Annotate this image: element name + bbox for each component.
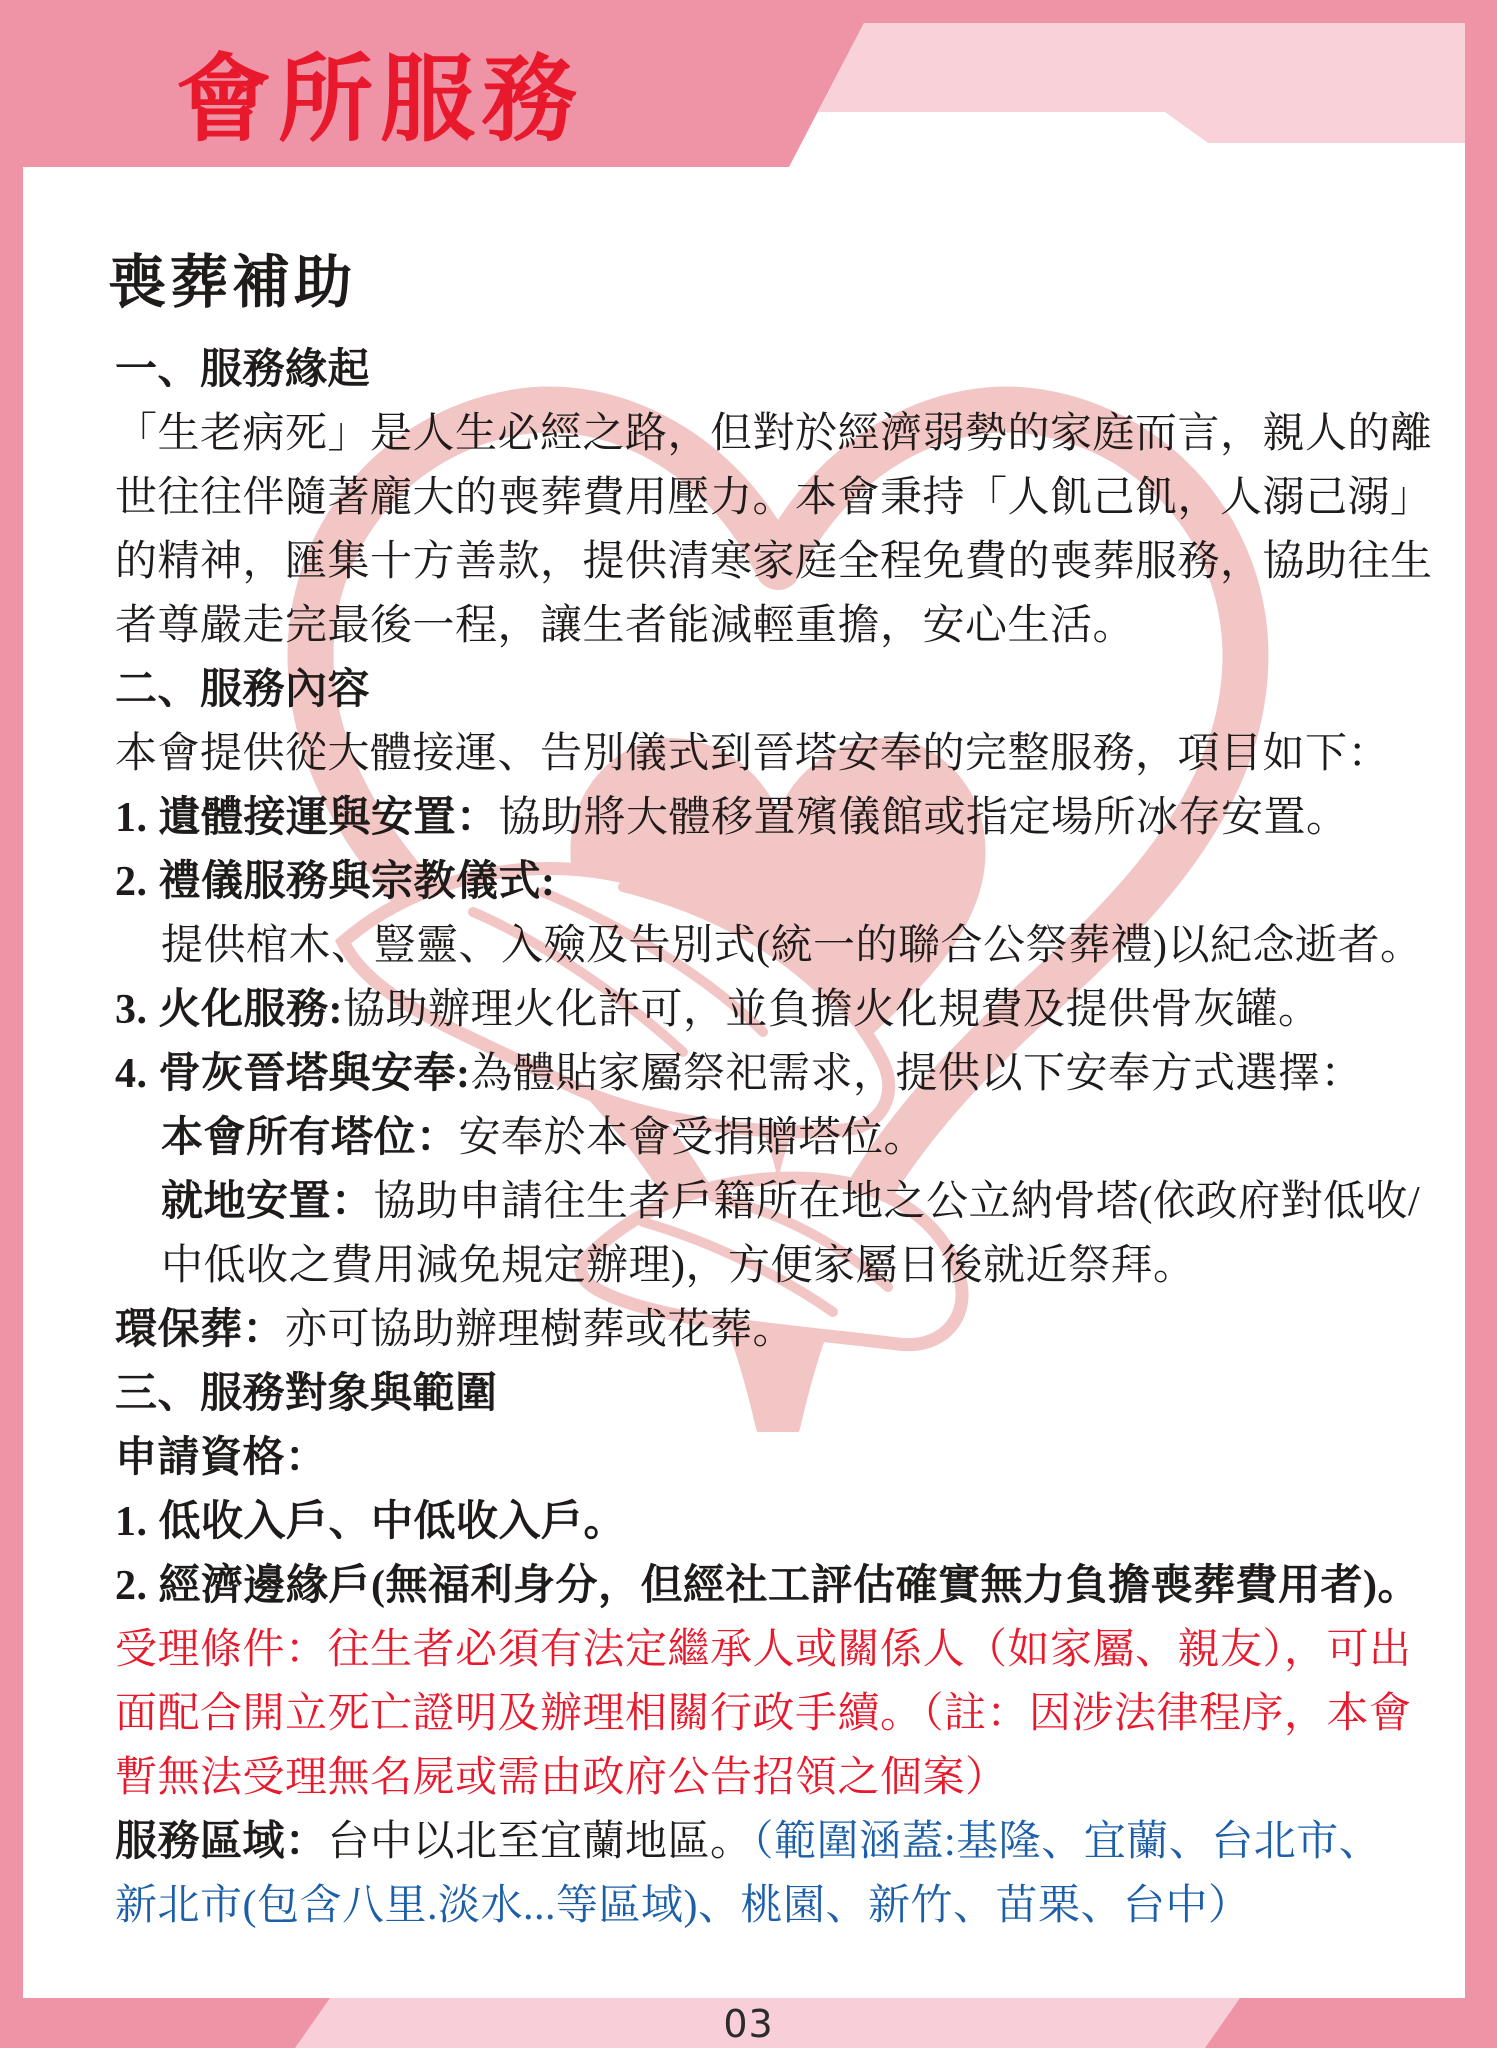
text-line: 2. 禮儀服務與宗教儀式: — [115, 850, 556, 914]
text-segment: 中低收之費用減免規定辦理)，方便家屬日後就近祭拜。 — [161, 1243, 1196, 1289]
text-segment: 協助申請往生者戶籍所在地之公立納骨塔(依政府對低收/ — [374, 1179, 1421, 1225]
text-segment: 1. 遺體接運與安置： — [115, 795, 499, 841]
text-segment: （範圍涵蓋:基隆、宜蘭、台北市、 — [753, 1819, 1382, 1865]
text-segment: 者尊嚴走完最後一程，讓生者能減輕重擔，安心生活。 — [115, 603, 1135, 649]
text-segment: 提供棺木、豎靈、入殮及告別式(統一的聯合公祭葬禮)以紀念逝者。 — [161, 923, 1422, 969]
text-segment: 一、服務緣起 — [115, 347, 370, 393]
page-number: 03 — [0, 2002, 1497, 2048]
text-line: 受理條件：往生者必須有法定繼承人或關係人（如家屬、親友），可出 — [115, 1618, 1412, 1682]
text-segment: 協助辦理火化許可，並負擔火化規費及提供骨灰罐。 — [343, 987, 1321, 1033]
text-segment: 世往往伴隨著龐大的喪葬費用壓力。本會秉持「人飢己飢，人溺己溺」 — [115, 475, 1433, 521]
text-line: 3. 火化服務:協助辦理火化許可，並負擔火化規費及提供骨灰罐。 — [115, 978, 1321, 1042]
text-segment: 新北市(包含八里.淡水...等區域)、桃園、新竹、苗栗、台中） — [115, 1883, 1250, 1929]
text-line: 申請資格： — [115, 1426, 328, 1490]
text-line: 中低收之費用減免規定辦理)，方便家屬日後就近祭拜。 — [161, 1234, 1196, 1298]
text-line: 三、服務對象與範圍 — [115, 1362, 498, 1426]
text-segment: 台中以北至宜蘭地區。 — [328, 1819, 753, 1865]
text-segment: 面配合開立死亡證明及辦理相關行政手續。（註：因涉法律程序，本會 — [115, 1691, 1412, 1737]
text-segment: 2. 經濟邊緣戶(無福利身分，但經社工評估確實無力負擔喪葬費用者)。 — [115, 1563, 1420, 1609]
text-segment: 3. 火化服務: — [115, 987, 343, 1033]
text-line: 2. 經濟邊緣戶(無福利身分，但經社工評估確實無力負擔喪葬費用者)。 — [115, 1554, 1420, 1618]
text-segment: 「生老病死」是人生必經之路，但對於經濟弱勢的家庭而言，親人的離 — [115, 411, 1433, 457]
text-segment: 安奉於本會受捐贈塔位。 — [459, 1115, 927, 1161]
text-segment: 4. 骨灰晉塔與安奉: — [115, 1051, 471, 1097]
text-line: 1. 低收入戶、中低收入戶。 — [115, 1490, 626, 1554]
text-line: 者尊嚴走完最後一程，讓生者能減輕重擔，安心生活。 — [115, 594, 1135, 658]
text-line: 4. 骨灰晉塔與安奉:為體貼家屬祭祀需求，提供以下安奉方式選擇： — [115, 1042, 1363, 1106]
text-line: 「生老病死」是人生必經之路，但對於經濟弱勢的家庭而言，親人的離 — [115, 402, 1433, 466]
text-line: 一、服務緣起 — [115, 338, 370, 402]
text-line: 1. 遺體接運與安置：協助將大體移置殯儀館或指定場所冰存安置。 — [115, 786, 1349, 850]
text-segment: 2. 禮儀服務與宗教儀式: — [115, 859, 556, 905]
text-segment: 受理條件：往生者必須有法定繼承人或關係人（如家屬、親友），可出 — [115, 1627, 1412, 1673]
text-segment: 協助將大體移置殯儀館或指定場所冰存安置。 — [499, 795, 1349, 841]
text-segment: 就地安置： — [161, 1179, 374, 1225]
text-segment: 二、服務內容 — [115, 667, 370, 713]
text-segment: 的精神，匯集十方善款，提供清寒家庭全程免費的喪葬服務，協助往生 — [115, 539, 1433, 585]
text-segment: 三、服務對象與範圍 — [115, 1371, 498, 1417]
body-text: 一、服務緣起「生老病死」是人生必經之路，但對於經濟弱勢的家庭而言，親人的離世往往… — [115, 0, 1437, 1998]
text-line: 本會提供從大體接運、告別儀式到晉塔安奉的完整服務，項目如下： — [115, 722, 1390, 786]
text-segment: 亦可協助辦理樹葬或花葬。 — [285, 1307, 795, 1353]
text-line: 新北市(包含八里.淡水...等區域)、桃園、新竹、苗栗、台中） — [115, 1874, 1250, 1938]
text-segment: 本會提供從大體接運、告別儀式到晉塔安奉的完整服務，項目如下： — [115, 731, 1390, 777]
text-segment: 環保葬： — [115, 1307, 285, 1353]
text-line: 服務區域：台中以北至宜蘭地區。（範圍涵蓋:基隆、宜蘭、台北市、 — [115, 1810, 1381, 1874]
text-line: 的精神，匯集十方善款，提供清寒家庭全程免費的喪葬服務，協助往生 — [115, 530, 1433, 594]
text-segment: 本會所有塔位： — [161, 1115, 459, 1161]
text-segment: 申請資格： — [115, 1435, 328, 1481]
text-segment: 暫無法受理無名屍或需由政府公告招領之個案） — [115, 1755, 1008, 1801]
document-page: 會所服務 喪葬補助 一、服務緣起「生老病死」是人生必經之路，但對於經濟弱勢的家庭… — [0, 0, 1497, 2048]
text-line: 二、服務內容 — [115, 658, 370, 722]
text-line: 暫無法受理無名屍或需由政府公告招領之個案） — [115, 1746, 1008, 1810]
text-line: 就地安置：協助申請往生者戶籍所在地之公立納骨塔(依政府對低收/ — [161, 1170, 1420, 1234]
text-line: 環保葬：亦可協助辦理樹葬或花葬。 — [115, 1298, 795, 1362]
text-segment: 1. 低收入戶、中低收入戶。 — [115, 1499, 626, 1545]
text-segment: 服務區域： — [115, 1819, 328, 1865]
text-segment: 為體貼家屬祭祀需求，提供以下安奉方式選擇： — [471, 1051, 1364, 1097]
text-line: 本會所有塔位：安奉於本會受捐贈塔位。 — [161, 1106, 926, 1170]
text-line: 世往往伴隨著龐大的喪葬費用壓力。本會秉持「人飢己飢，人溺己溺」 — [115, 466, 1433, 530]
text-line: 面配合開立死亡證明及辦理相關行政手續。（註：因涉法律程序，本會 — [115, 1682, 1412, 1746]
text-line: 提供棺木、豎靈、入殮及告別式(統一的聯合公祭葬禮)以紀念逝者。 — [161, 914, 1422, 978]
